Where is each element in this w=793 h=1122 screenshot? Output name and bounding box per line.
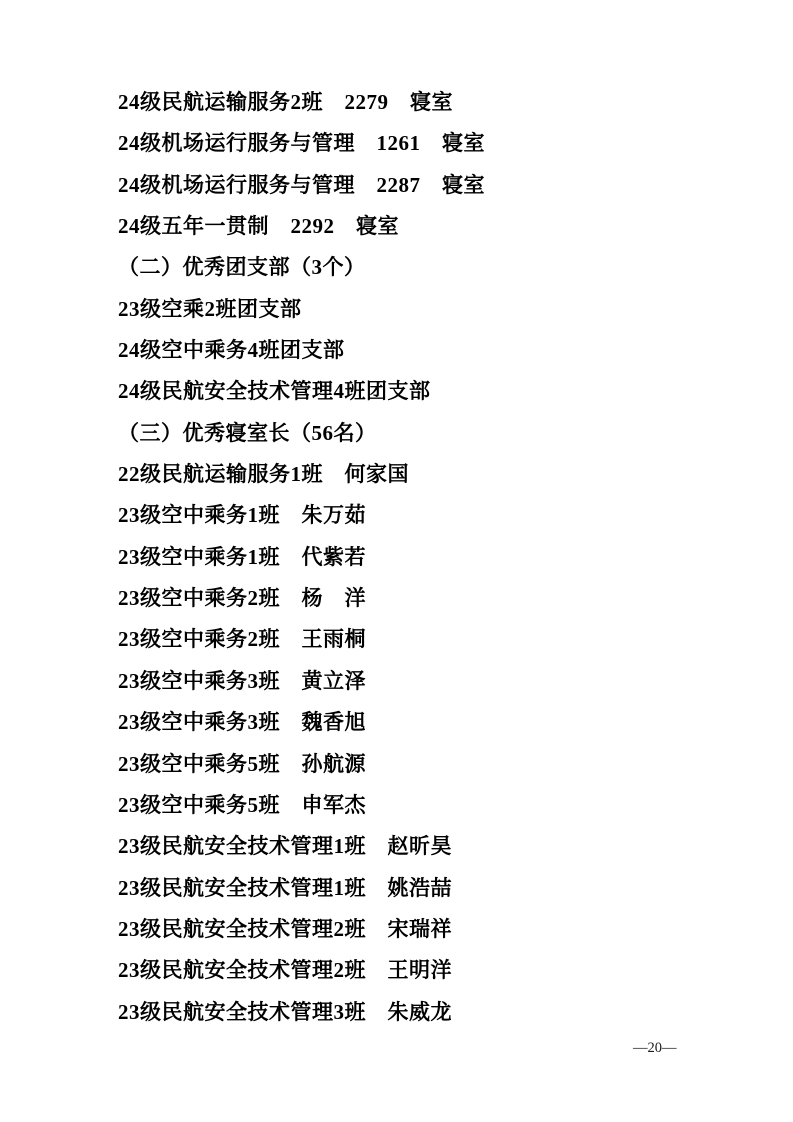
document-line: 22级民航运输服务1班 何家国 (118, 454, 753, 495)
document-line: 23级空中乘务5班 申军杰 (118, 785, 753, 826)
document-line: 23级空中乘务3班 魏香旭 (118, 702, 753, 743)
document-body: 24级民航运输服务2班 2279 寝室 24级机场运行服务与管理 1261 寝室… (118, 82, 753, 1033)
document-line: 23级空中乘务2班 王雨桐 (118, 619, 753, 660)
document-line: 23级空中乘务3班 黄立泽 (118, 661, 753, 702)
document-line: 24级五年一贯制 2292 寝室 (118, 206, 753, 247)
document-line: 24级机场运行服务与管理 1261 寝室 (118, 123, 753, 164)
document-line: 23级空中乘务1班 代紫若 (118, 537, 753, 578)
document-line: 23级空乘2班团支部 (118, 289, 753, 330)
document-page: 24级民航运输服务2班 2279 寝室 24级机场运行服务与管理 1261 寝室… (0, 0, 793, 1122)
document-line: 24级机场运行服务与管理 2287 寝室 (118, 165, 753, 206)
document-line: 24级空中乘务4班团支部 (118, 330, 753, 371)
document-line: 23级民航安全技术管理1班 姚浩喆 (118, 868, 753, 909)
document-line: 23级民航安全技术管理1班 赵昕昊 (118, 826, 753, 867)
document-line: 23级民航安全技术管理2班 宋瑞祥 (118, 909, 753, 950)
document-line: 23级空中乘务5班 孙航源 (118, 744, 753, 785)
document-line: 23级空中乘务2班 杨 洋 (118, 578, 753, 619)
page-number: —20— (633, 1040, 677, 1056)
document-section-heading: （三）优秀寝室长（56名） (118, 413, 753, 454)
document-section-heading: （二）优秀团支部（3个） (118, 247, 753, 288)
document-line: 23级民航安全技术管理3班 朱威龙 (118, 992, 753, 1033)
document-line: 23级民航安全技术管理2班 王明洋 (118, 950, 753, 991)
document-line: 23级空中乘务1班 朱万茹 (118, 495, 753, 536)
document-line: 24级民航运输服务2班 2279 寝室 (118, 82, 753, 123)
document-line: 24级民航安全技术管理4班团支部 (118, 371, 753, 412)
